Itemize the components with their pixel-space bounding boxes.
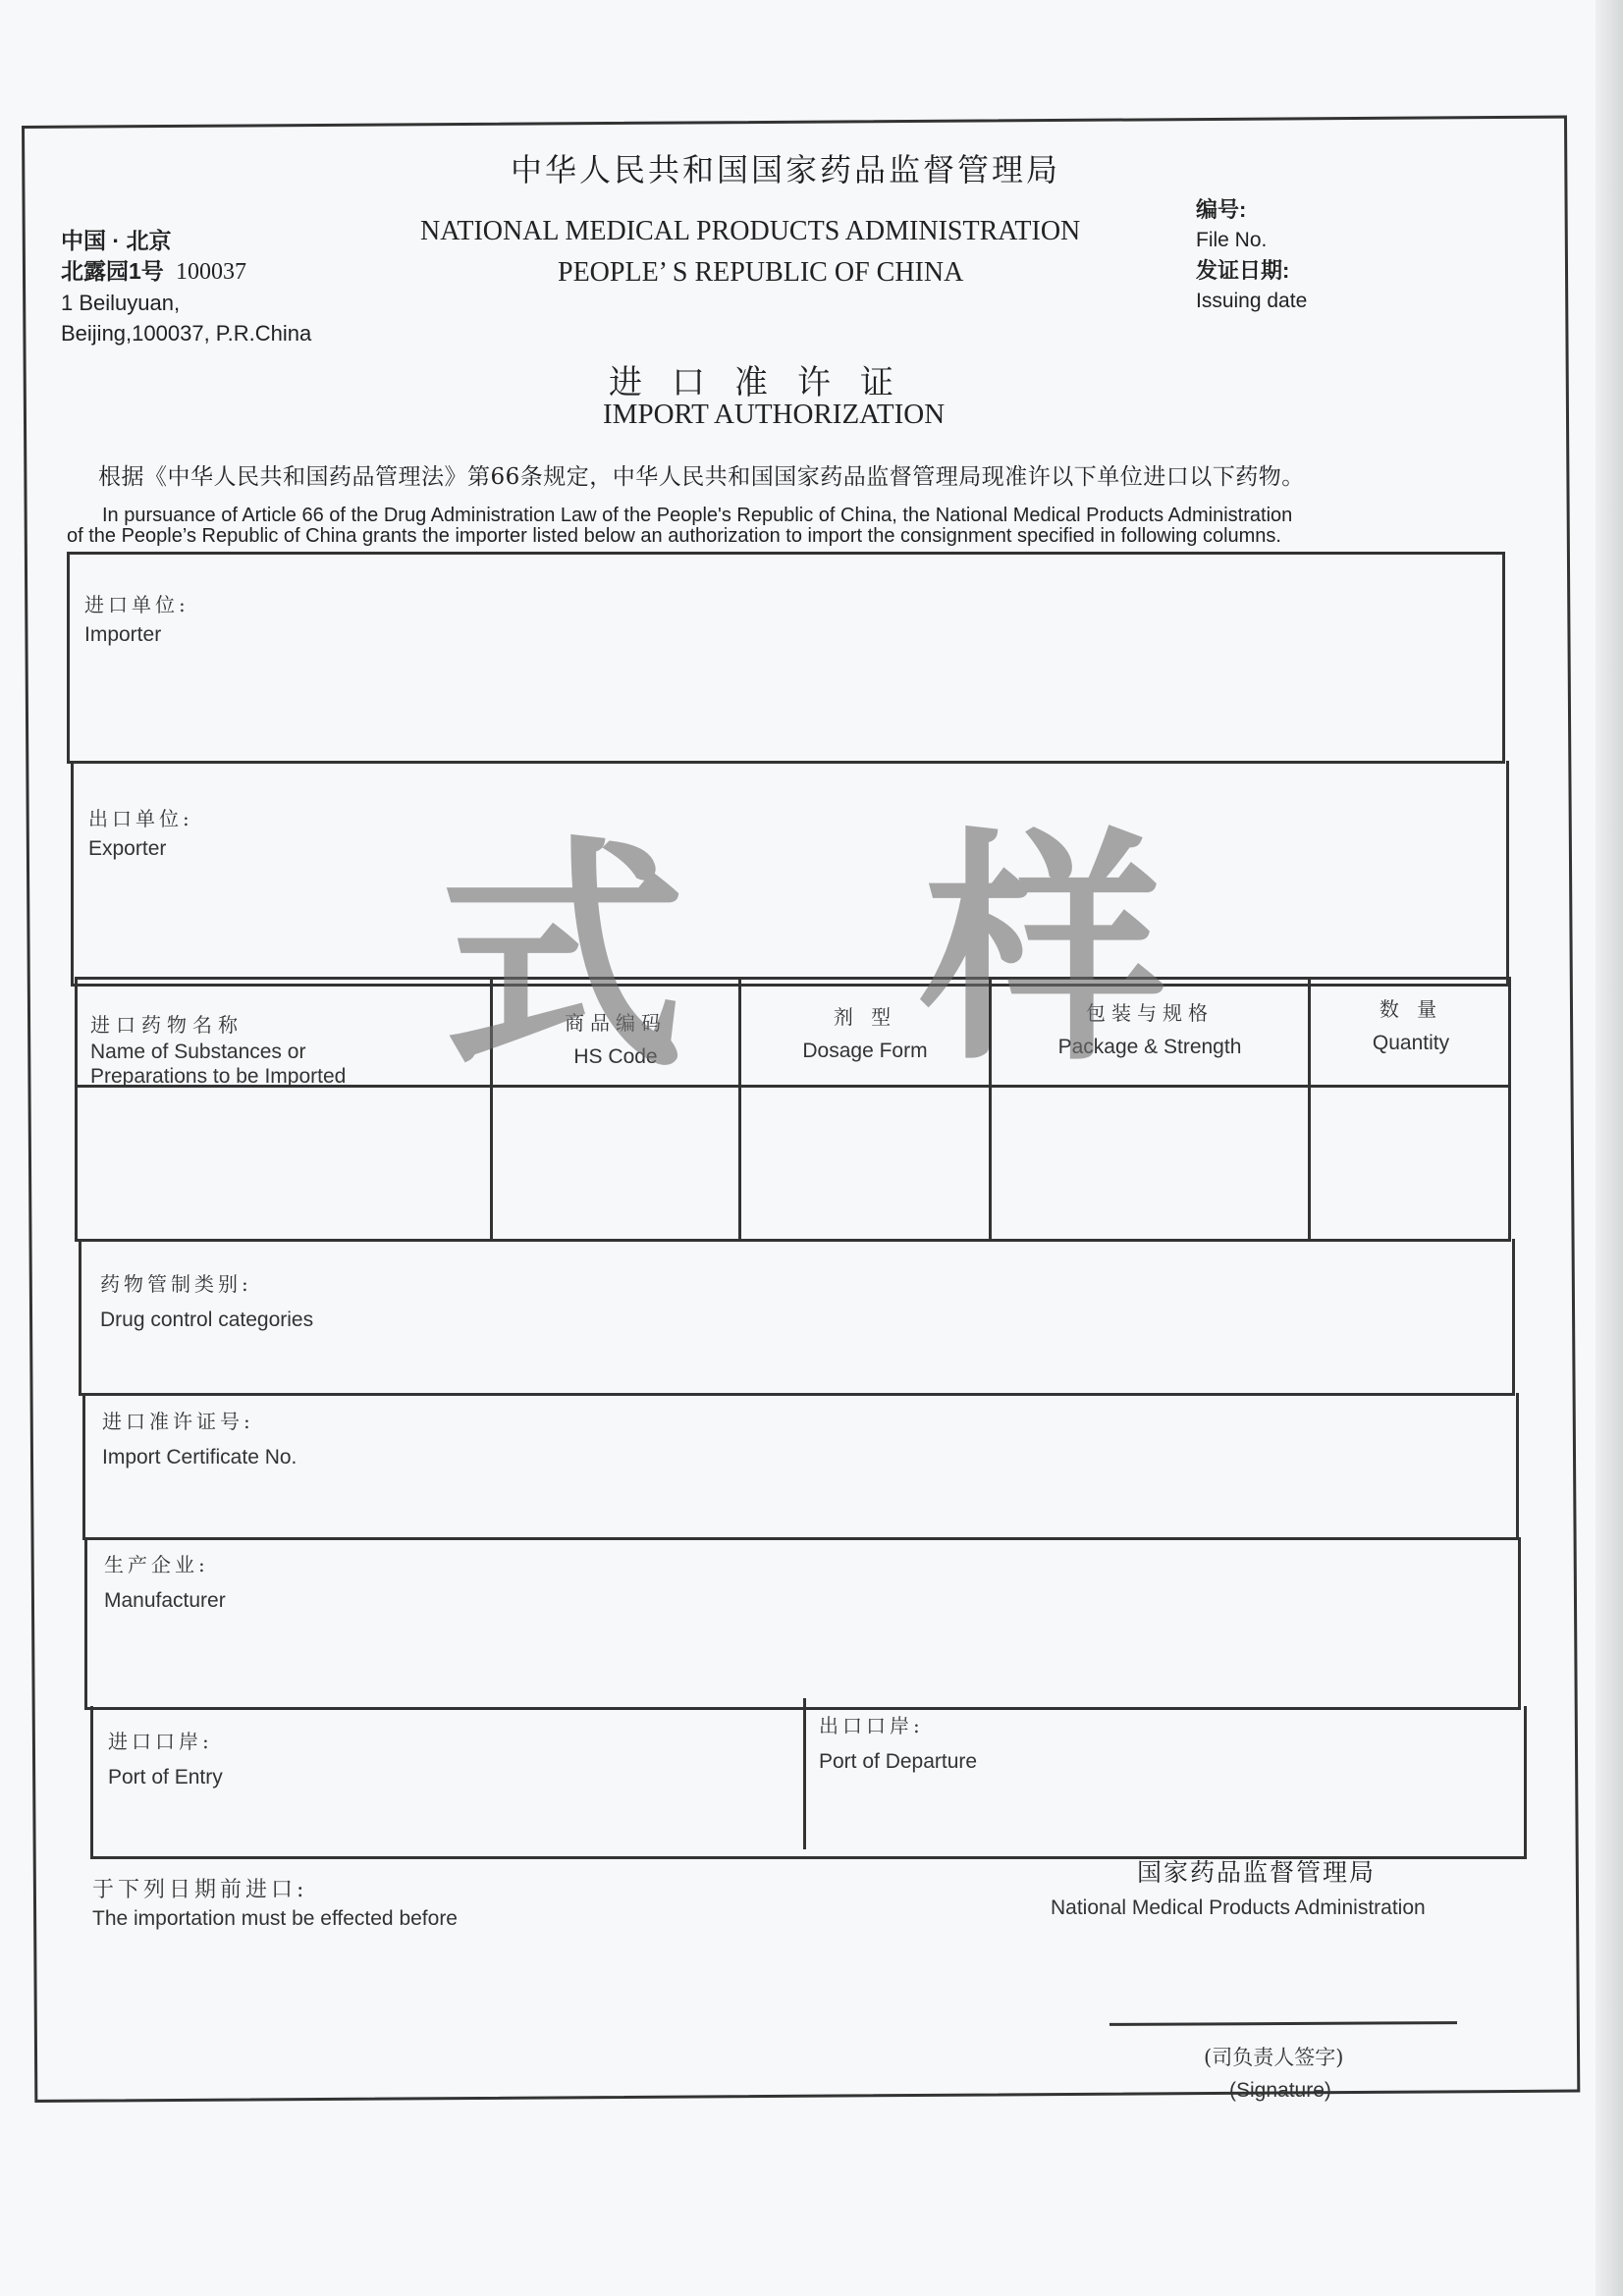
port-of-entry-label-en: Port of Entry: [108, 1766, 223, 1789]
import-deadline-label-cn: 于下列日期前进口:: [92, 1873, 458, 1903]
cell-quantity[interactable]: [1312, 1090, 1508, 1239]
import-deadline: 于下列日期前进口: The importation must be effect…: [92, 1873, 458, 1931]
certificate-no-label-en: Import Certificate No.: [102, 1446, 297, 1469]
exporter-label-cn: 出口单位:: [88, 803, 193, 831]
col-hs-code-cn: 商品编码: [493, 1007, 738, 1036]
col-header-hs-code: 商品编码 HS Code: [493, 1007, 738, 1069]
certificate-no-label-cn: 进口准许证号:: [102, 1406, 297, 1434]
port-of-entry-label-cn: 进口口岸:: [108, 1726, 223, 1754]
cell-package[interactable]: [993, 1090, 1307, 1239]
importer-field: 进口单位: Importer: [84, 589, 189, 647]
scan-edge-shadow: [1596, 0, 1623, 2296]
col-dosage-form-en: Dosage Form: [741, 1040, 989, 1063]
port-of-departure-label-cn: 出口口岸:: [819, 1710, 977, 1738]
importer-field-box[interactable]: [67, 552, 1505, 764]
exporter-field: 出口单位: Exporter: [88, 803, 193, 861]
col-package-cn: 包装与规格: [992, 997, 1308, 1026]
address-line2: 北露园1号: [61, 258, 164, 284]
drug-control-field: 药物管制类别: Drug control categories: [100, 1268, 313, 1332]
manufacturer-label-en: Manufacturer: [104, 1589, 226, 1613]
ports-divider: [803, 1698, 806, 1849]
agency-address: 中国 · 北京 北露园1号 100037 1 Beiluyuan, Beijin…: [61, 226, 311, 348]
certificate-no-field: 进口准许证号: Import Certificate No.: [102, 1406, 297, 1469]
issuer-name-en: National Medical Products Administration: [1051, 1896, 1426, 1920]
document-title-cn: 进口准许证: [609, 355, 923, 403]
cell-dosage-form[interactable]: [742, 1090, 988, 1239]
col-quantity-cn: 数 量: [1311, 993, 1511, 1022]
importer-label-cn: 进口单位:: [84, 589, 189, 617]
col-hs-code-en: HS Code: [493, 1045, 738, 1069]
col-substance-cn: 进口药物名称: [90, 1009, 483, 1038]
agency-name-en-line1: NATIONAL MEDICAL PRODUCTS ADMINISTRATION: [420, 216, 1080, 247]
port-of-entry-field: 进口口岸: Port of Entry: [108, 1726, 223, 1789]
drug-control-label-cn: 药物管制类别:: [100, 1268, 313, 1297]
intro-text-cn: 根据《中华人民共和国药品管理法》第66条规定，中华人民共和国国家药品监督管理局现…: [98, 458, 1305, 491]
document-meta: 编号: File No. 发证日期: Issuing date: [1196, 194, 1307, 316]
manufacturer-field: 生产企业: Manufacturer: [104, 1549, 226, 1613]
manufacturer-label-cn: 生产企业:: [104, 1549, 226, 1577]
col-header-package: 包装与规格 Package & Strength: [992, 997, 1308, 1059]
col-header-substance: 进口药物名称 Name of Substances or Preparation…: [90, 1009, 483, 1089]
col-header-quantity: 数 量 Quantity: [1311, 993, 1511, 1055]
cell-substance[interactable]: [79, 1090, 489, 1239]
address-line3: 1 Beiluyuan,: [61, 288, 311, 318]
intro-text-en-line1: In pursuance of Article 66 of the Drug A…: [102, 505, 1292, 527]
col-dosage-form-cn: 剂 型: [741, 1001, 989, 1030]
address-postcode: 100037: [176, 259, 246, 285]
agency-name-cn: 中华人民共和国国家药品监督管理局: [0, 145, 1571, 190]
certificate-no-field-box[interactable]: [82, 1393, 1519, 1540]
address-line1: 中国 · 北京: [61, 226, 311, 256]
col-quantity-en: Quantity: [1311, 1032, 1511, 1055]
file-no-label-en: File No.: [1196, 225, 1307, 255]
issuing-date-label-en: Issuing date: [1196, 286, 1307, 316]
exporter-field-box[interactable]: [71, 761, 1509, 987]
address-line4: Beijing,100037, P.R.China: [61, 318, 311, 348]
port-of-departure-label-en: Port of Departure: [819, 1750, 977, 1774]
file-no-label-cn: 编号:: [1196, 194, 1307, 225]
signature-label-cn: (司负责人签字): [1204, 2042, 1343, 2071]
agency-name-en-line2: PEOPLE’ S REPUBLIC OF CHINA: [558, 257, 963, 289]
issuing-date-label-cn: 发证日期:: [1196, 255, 1307, 286]
col-substance-en: Name of Substances or Preparations to be…: [90, 1040, 414, 1089]
intro-text-en-line2: of the People’s Republic of China grants…: [67, 525, 1281, 548]
col-header-dosage-form: 剂 型 Dosage Form: [741, 1001, 989, 1063]
issuer-name-cn: 国家药品监督管理局: [1137, 1853, 1376, 1889]
manufacturer-field-box[interactable]: [84, 1537, 1521, 1710]
importer-label-en: Importer: [84, 623, 189, 647]
import-deadline-label-en: The importation must be effected before: [92, 1907, 458, 1931]
document-title-en: IMPORT AUTHORIZATION: [603, 399, 945, 431]
exporter-label-en: Exporter: [88, 837, 193, 861]
signature-label-en: (Signature): [1229, 2079, 1331, 2103]
port-of-departure-field: 出口口岸: Port of Departure: [819, 1710, 977, 1774]
col-package-en: Package & Strength: [992, 1036, 1308, 1059]
drug-control-label-en: Drug control categories: [100, 1308, 313, 1332]
cell-hs-code[interactable]: [494, 1090, 737, 1239]
